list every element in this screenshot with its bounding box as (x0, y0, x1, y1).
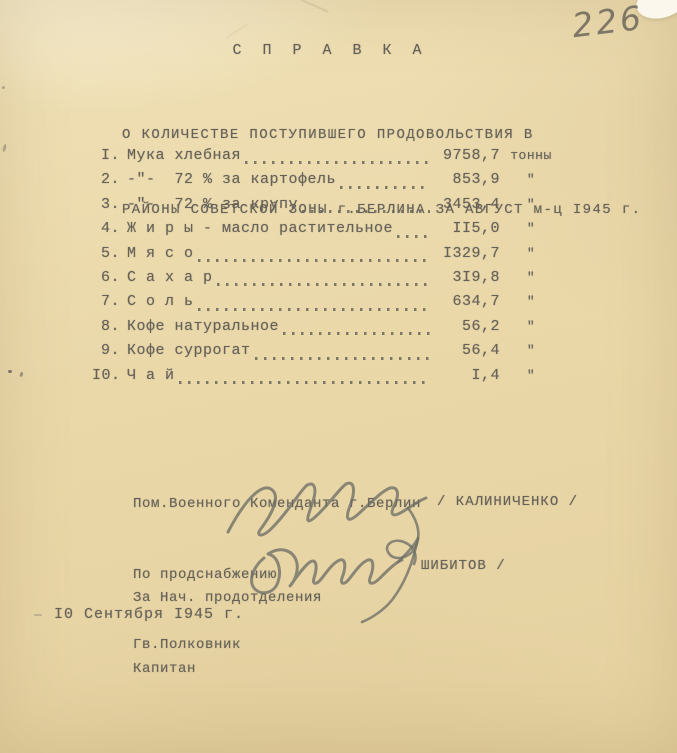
table-row: 4.Ж и р ы - масло растительноеII5,0" (92, 220, 562, 244)
pencil-speck (2, 144, 7, 153)
row-item-label: Мука хлебная (120, 147, 241, 164)
row-item-label: Кофе суррогат (120, 342, 251, 359)
items-table: I.Мука хлебная9758,7тонны2.-"- 72 % за к… (92, 147, 562, 391)
pencil-speck (8, 370, 12, 373)
row-quantity: 853,9 (436, 171, 500, 188)
row-quantity: 56,4 (436, 342, 500, 359)
row-quantity: 56,2 (436, 318, 500, 335)
row-unit: " (500, 197, 562, 212)
handwritten-page-number: 226 (570, 0, 646, 45)
date-line: I0 Сентября I945 г. (54, 606, 244, 623)
sig2-rank-line: Капитан (133, 658, 322, 682)
dotted-leader (179, 381, 430, 384)
row-number: 8. (92, 318, 120, 335)
row-quantity: 3453,4 (436, 196, 500, 213)
table-row: 9.Кофе суррогат56,4" (92, 342, 562, 366)
table-row: 2.-"- 72 % за картофель853,9" (92, 171, 562, 195)
table-row: 3.-"- 72 % за крупу3453,4" (92, 196, 562, 220)
row-quantity: I,4 (436, 367, 500, 384)
dotted-leader (198, 308, 430, 311)
dotted-leader (340, 186, 430, 189)
dotted-leader (302, 210, 430, 213)
row-number: 2. (92, 171, 120, 188)
row-quantity: I329,7 (436, 245, 500, 262)
row-unit: " (500, 270, 562, 285)
pencil-speck (19, 372, 24, 378)
table-row: 8.Кофе натуральное56,2" (92, 318, 562, 342)
row-item-label: Кофе натуральное (120, 318, 279, 335)
row-number: 6. (92, 269, 120, 286)
sig1-surname: / КАЛИНИЧЕНКО / (437, 494, 578, 510)
row-quantity: 3I9,8 (436, 269, 500, 286)
row-unit: " (500, 294, 562, 309)
pencil-speck (2, 86, 5, 89)
row-number: 4. (92, 220, 120, 237)
row-number: 3. (92, 196, 120, 213)
fold-mark (297, 0, 329, 13)
row-unit: " (500, 172, 562, 187)
dotted-leader (245, 161, 430, 164)
row-quantity: 9758,7 (436, 147, 500, 164)
row-item-label: -"- 72 % за крупу (120, 196, 298, 213)
row-quantity: II5,0 (436, 220, 500, 237)
row-quantity: 634,7 (436, 293, 500, 310)
dotted-leader (255, 357, 430, 360)
table-row: 6.С а х а р3I9,8" (92, 269, 562, 293)
row-number: 9. (92, 342, 120, 359)
row-item-label: Ч а й (120, 367, 175, 384)
row-unit: " (500, 221, 562, 236)
dotted-leader (217, 283, 430, 286)
subtitle-line-1: О КОЛИЧЕСТВЕ ПОСТУПИВШЕГО ПРОДОВОЛЬСТВИЯ… (122, 123, 642, 148)
dotted-leader (397, 235, 430, 238)
row-number: 7. (92, 293, 120, 310)
table-row: I.Мука хлебная9758,7тонны (92, 147, 562, 171)
dotted-leader (198, 259, 430, 262)
row-item-label: М я с о (120, 245, 194, 262)
row-number: 5. (92, 245, 120, 262)
pencil-speck (34, 614, 42, 616)
table-row: 5.М я с оI329,7" (92, 245, 562, 269)
row-number: I. (92, 147, 120, 164)
row-number: I0. (92, 367, 120, 384)
handwritten-signature-shibitov (240, 526, 470, 626)
row-item-label: С а х а р (120, 269, 213, 286)
row-item-label: Ж и р ы - масло растительное (120, 220, 393, 237)
row-unit: " (500, 246, 562, 261)
row-unit: " (500, 319, 562, 334)
row-unit: " (500, 368, 562, 383)
table-row: I0.Ч а йI,4" (92, 367, 562, 391)
table-row: 7.С о л ь634,7" (92, 293, 562, 317)
document-title: С П Р А В К А (0, 42, 660, 59)
row-unit: " (500, 343, 562, 358)
fold-mark (226, 23, 249, 39)
row-unit: тонны (500, 148, 562, 163)
document-scan: 226 С П Р А В К А О КОЛИЧЕСТВЕ ПОСТУПИВШ… (0, 0, 677, 753)
row-item-label: С о л ь (120, 293, 194, 310)
dotted-leader (283, 332, 430, 335)
row-item-label: -"- 72 % за картофель (120, 171, 336, 188)
